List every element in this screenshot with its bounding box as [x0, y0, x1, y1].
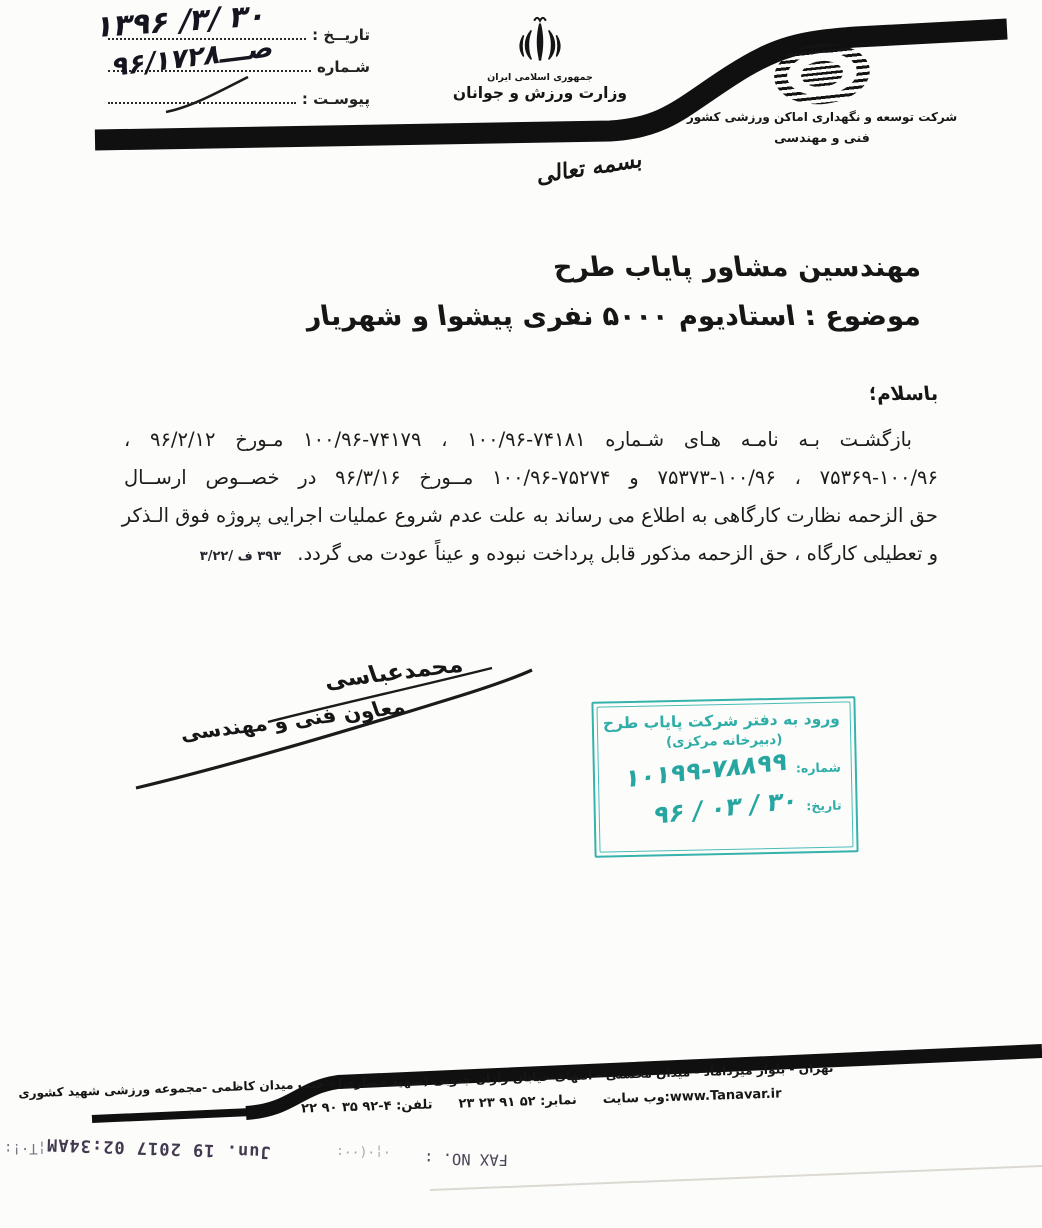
attachment-dotted-line	[108, 102, 296, 104]
stamp-number-value: ۱۰۱۹۹-۷۸۸۹۹	[624, 746, 790, 793]
country-line: جمهوری اسلامی ایران	[452, 72, 628, 83]
ministry-emblem-block: جمهوری اسلامی ایران وزارت ورزش و جوانان	[452, 14, 628, 102]
stamp-title: ورود به دفتر شرکت پایاب طرح	[608, 710, 840, 733]
footer-block: تهران - بلوار میرداماد - میدان محسنی - ا…	[248, 1061, 835, 1118]
ministry-line: وزارت ورزش و جوانان	[452, 84, 628, 102]
company-name: شرکت توسعه و نگهداری اماکن ورزشی کشور	[682, 110, 962, 124]
attachment-label: پیوسـت :	[296, 90, 370, 108]
footer-website: وب سایت:www.Tanavar.ir	[602, 1086, 781, 1107]
stamp-number-row: شماره: ۱۰۱۹۹-۷۸۸۹۹	[608, 749, 841, 790]
body-line-1: بازگشـت بـه نامـه هـای شـماره ۷۴۱۸۱-۱۰۰/…	[124, 421, 938, 459]
recipient-line: مهندسین مشاور پایاب طرح	[551, 252, 923, 283]
signatory-title: معاون فنی و مهندسی	[169, 694, 415, 746]
body-line-2: ۷۵۳۶۹-۱۰۰/۹۶ ، ۷۵۳۷۳-۱۰۰/۹۶ و ۷۵۲۷۴-۱۰۰/…	[124, 459, 938, 497]
number-label: شـماره	[311, 58, 370, 76]
salutation: باسلام؛	[868, 383, 939, 405]
body-line-3: حق الزحمه نظارت کارگاهی به اطلاع می رسان…	[124, 497, 938, 535]
date-label: تاریــخ :	[306, 26, 370, 44]
footer-phone: تلفن: ۴-۹۲ ۳۵ ۹۰ ۲۲	[301, 1097, 433, 1116]
bottom-band-left	[92, 1112, 252, 1119]
entry-stamp: ورود به دفتر شرکت پایاب طرح (دبیرخانه مر…	[591, 696, 858, 857]
entry-stamp-inner: ورود به دفتر شرکت پایاب طرح (دبیرخانه مر…	[596, 701, 853, 852]
subject-line: موضوع : استادیوم ۵۰۰۰ نفری پیشوا و شهریا…	[303, 301, 922, 332]
stamp-number-label: شماره:	[796, 759, 841, 775]
letterhead-admin-block: تاریــخ : شـماره پیوسـت : ۱۳۹۶ /۳/ ۳۰ صـ…	[108, 12, 370, 108]
stamp-date-row: تاریخ: ۹۶ / ۰۳ / ۳۰	[609, 787, 842, 828]
signatory-name: محمدعباسی	[284, 648, 501, 699]
stamp-date-label: تاریخ:	[806, 797, 842, 813]
body-line-4: و تعطیلی کارگاه ، حق الزحمه مذکور قابل پ…	[124, 535, 938, 573]
margin-note: ۳۹۳ ف /۳/۲۲	[200, 549, 281, 564]
scanned-letter-page: تاریــخ : شـماره پیوسـت : ۱۳۹۶ /۳/ ۳۰ صـ…	[0, 0, 1042, 1228]
fax-garbled-marks-mid: ·¦·(··:	[336, 1144, 391, 1159]
footer-fax: نمابر: ۵۲ ۹۱ ۲۳ ۲۳	[458, 1093, 577, 1112]
stamp-date-value: ۹۶ / ۰۳ / ۳۰	[652, 784, 799, 829]
body-line-4-text: و تعطیلی کارگاه ، حق الزحمه مذکور قابل پ…	[297, 542, 938, 565]
decorative-strokes	[0, 0, 1042, 1228]
besmellah-text: بسمه تعالی	[532, 148, 644, 189]
company-division: فنی و مهندسی	[682, 130, 962, 145]
company-block: شرکت توسعه و نگهداری اماکن ورزشی کشور فن…	[682, 44, 962, 145]
attachment-row: پیوسـت :	[108, 76, 370, 108]
fax-number-label: FAX NO. :	[424, 1149, 508, 1168]
striped-globe-logo-icon	[771, 39, 873, 109]
iran-emblem-icon	[511, 14, 569, 70]
letter-body: بازگشـت بـه نامـه هـای شـماره ۷۴۱۸۱-۱۰۰/…	[124, 421, 938, 573]
fax-timestamp: Jun. 19 2017 02:34AM	[46, 1134, 271, 1162]
page-edge-line	[430, 1166, 1042, 1190]
